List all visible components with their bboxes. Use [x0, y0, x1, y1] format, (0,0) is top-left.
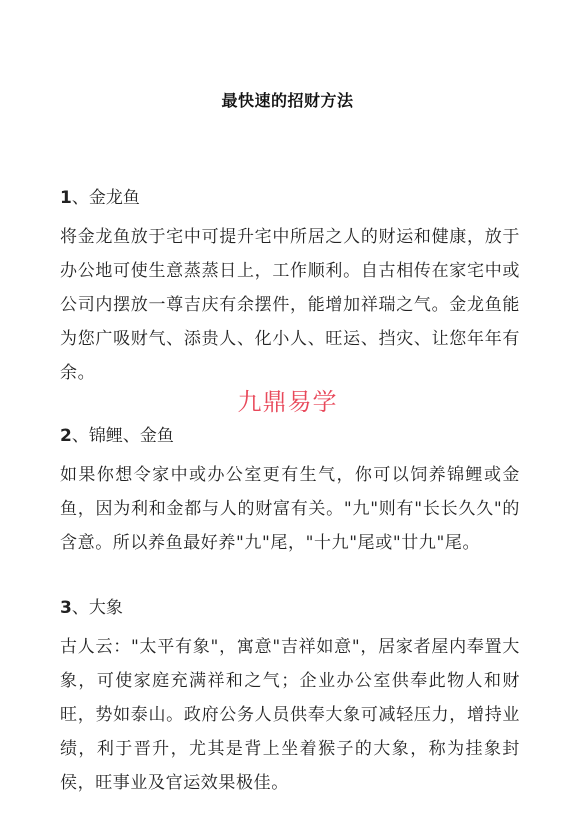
section-heading: 2、锦鲤、金鱼	[60, 424, 520, 458]
section-body: 如果你想令家中或办公室更有生气，你可以饲养锦鲤或金鱼，因为利和金都与人的财富有关…	[60, 458, 520, 560]
section-heading-text: 大象	[89, 598, 123, 618]
section-body: 将金龙鱼放于宅中可提升宅中所居之人的财运和健康，放于办公地可使生意蒸蒸日上，工作…	[60, 220, 520, 390]
page-title: 最快速的招财方法	[0, 88, 575, 111]
section-heading-text: 金龙鱼	[89, 188, 140, 208]
section-separator: 、	[72, 188, 89, 208]
section-separator: 、	[72, 426, 89, 446]
watermark: 九鼎易学	[0, 382, 575, 417]
section-golden-arowana: 1、金龙鱼 将金龙鱼放于宅中可提升宅中所居之人的财运和健康，放于办公地可使生意蒸…	[60, 186, 520, 390]
section-heading: 3、大象	[60, 596, 520, 630]
section-separator: 、	[72, 598, 89, 618]
section-number: 2	[60, 426, 72, 446]
section-elephant: 3、大象 古人云："太平有象"，寓意"吉祥如意"，居家者屋内奉置大象，可使家庭充…	[60, 596, 520, 800]
section-number: 3	[60, 598, 72, 618]
section-koi-goldfish: 2、锦鲤、金鱼 如果你想令家中或办公室更有生气，你可以饲养锦鲤或金鱼，因为利和金…	[60, 424, 520, 560]
section-number: 1	[60, 188, 72, 208]
section-body: 古人云："太平有象"，寓意"吉祥如意"，居家者屋内奉置大象，可使家庭充满祥和之气…	[60, 630, 520, 800]
section-heading-text: 锦鲤、金鱼	[89, 426, 174, 446]
section-heading: 1、金龙鱼	[60, 186, 520, 220]
